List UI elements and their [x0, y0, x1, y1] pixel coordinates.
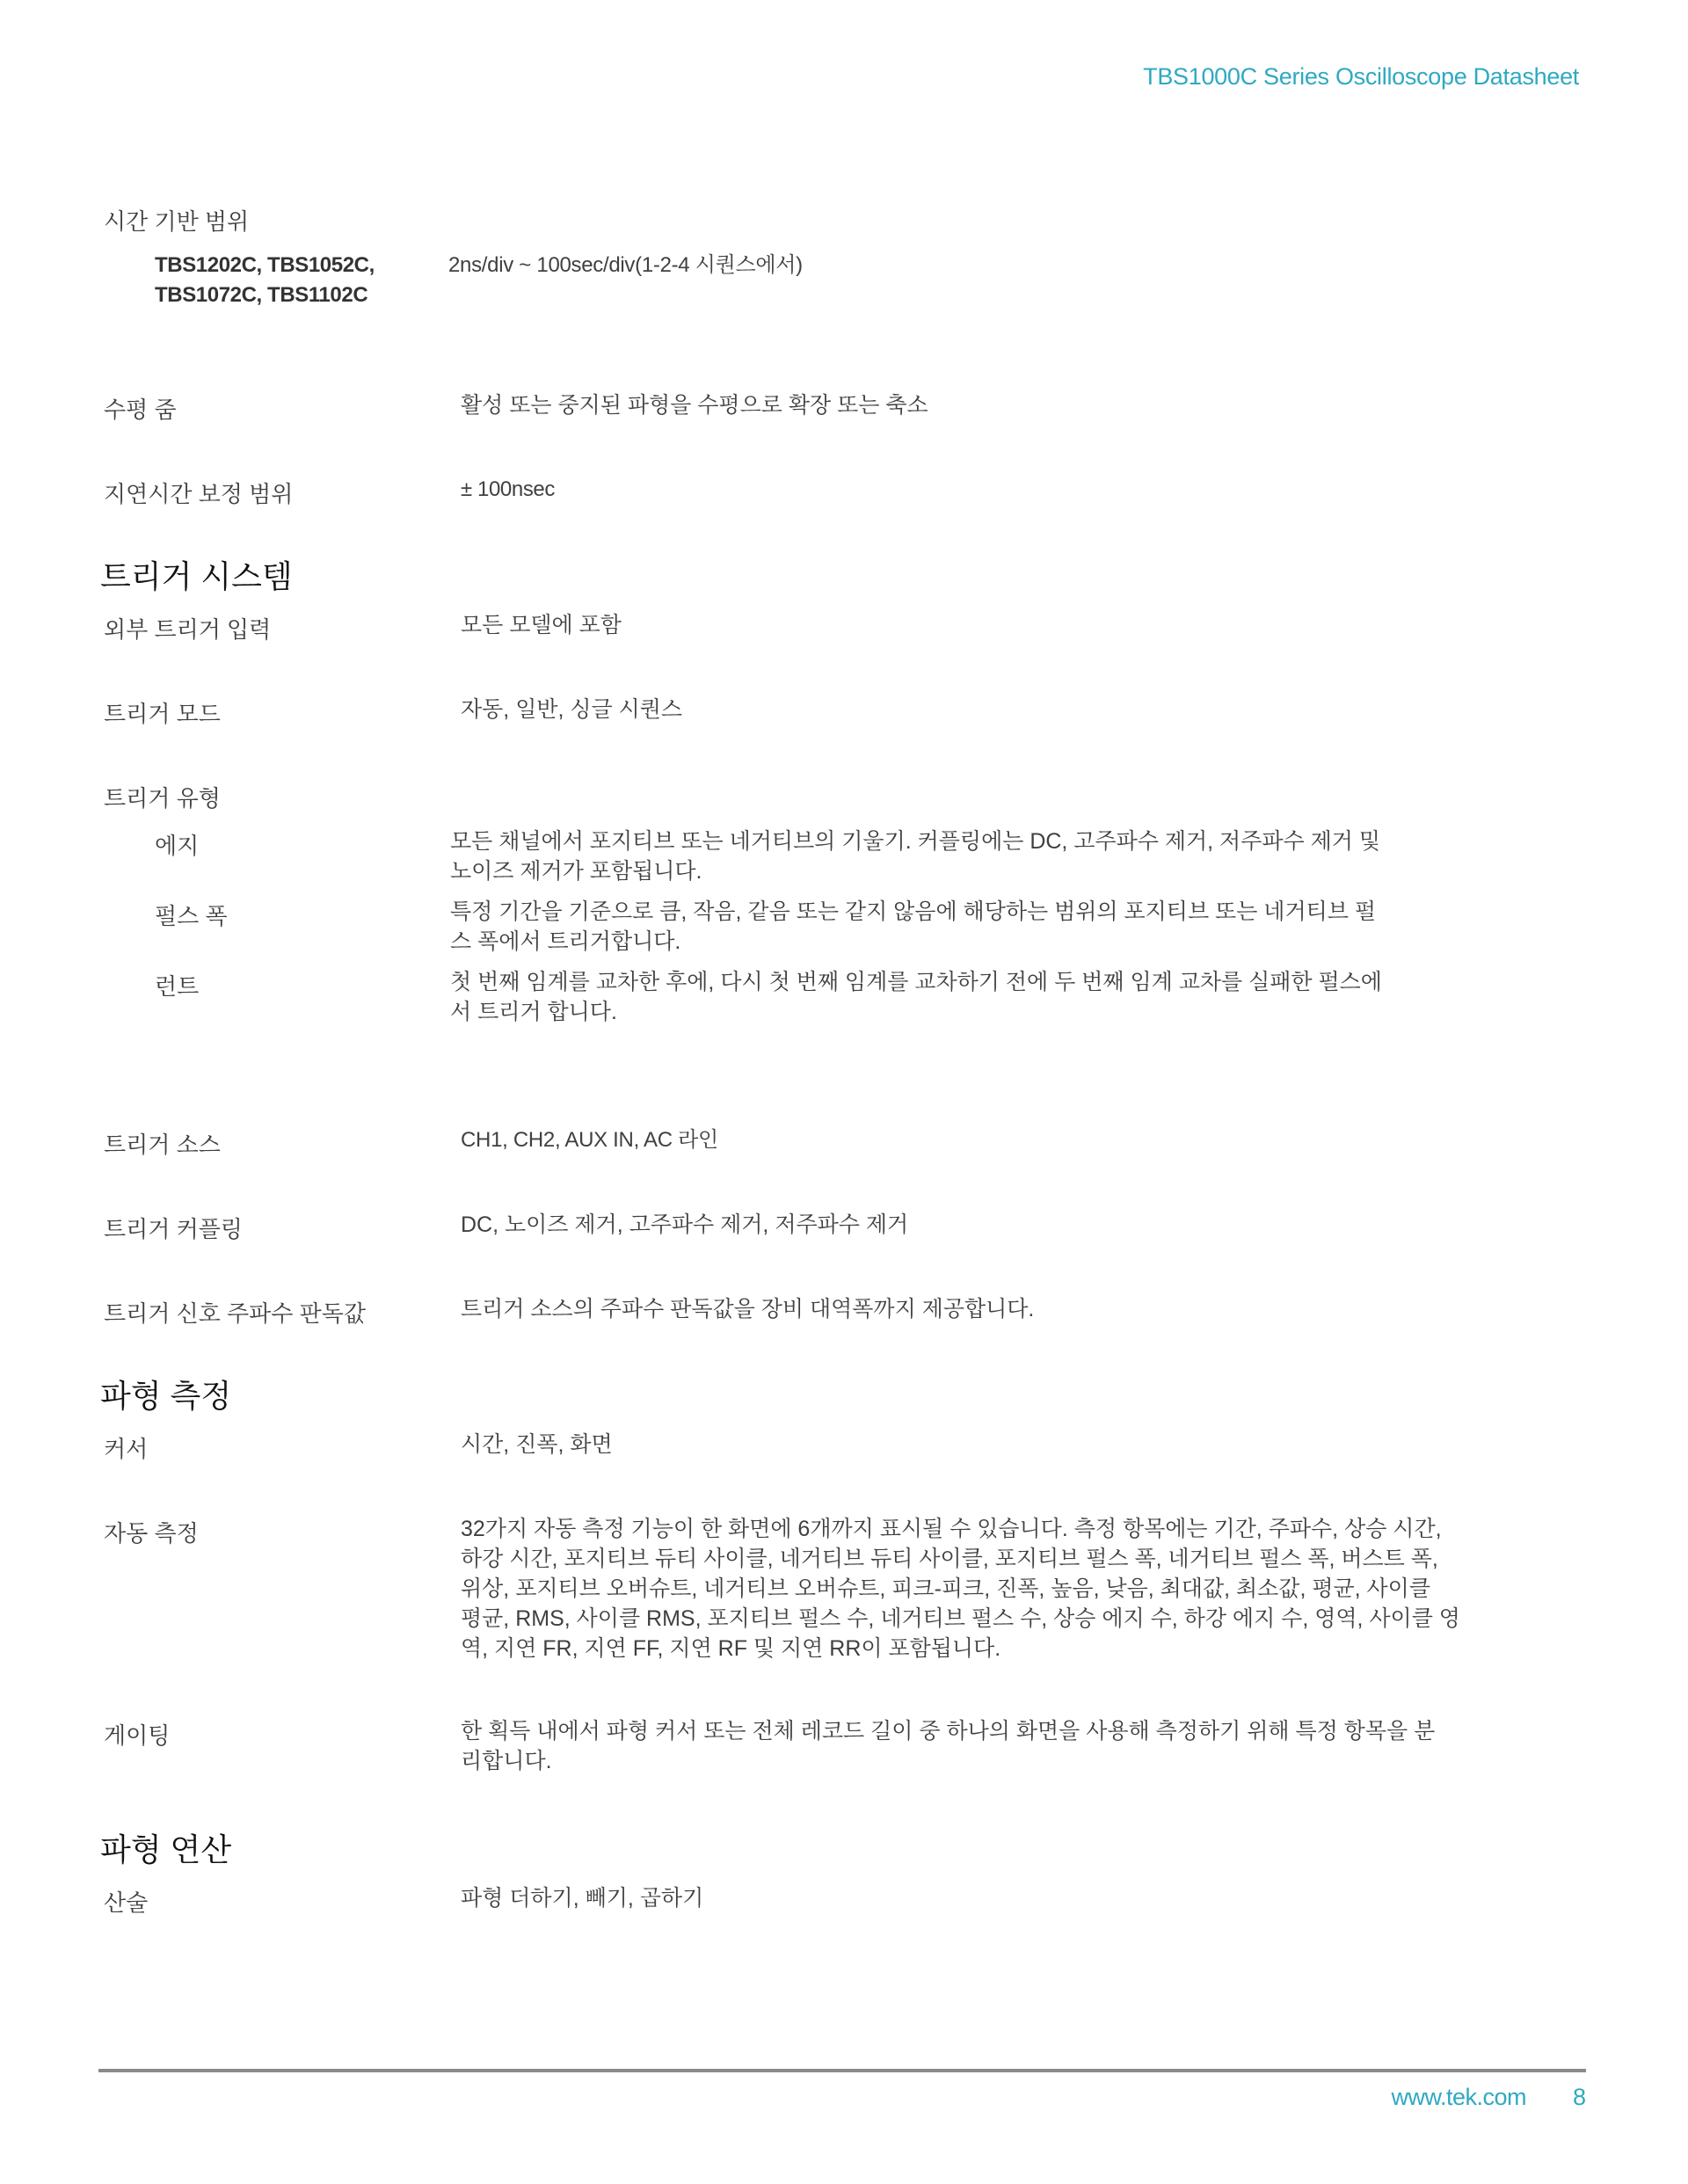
arithmetic-label: 산술 — [104, 1885, 148, 1918]
timebase-label: 시간 기반 범위 — [104, 204, 249, 237]
auto-line5: 역, 지연 FR, 지연 FF, 지연 RF 및 지연 RR이 포함됩니다. — [461, 1634, 1460, 1663]
timebase-models-line1: TBS1202C, TBS1052C, — [155, 251, 375, 280]
auto-line3: 위상, 포지티브 오버슈트, 네거티브 오버슈트, 피크-피크, 진폭, 높음,… — [461, 1574, 1460, 1604]
document-title: TBS1000C Series Oscilloscope Datasheet — [1143, 63, 1579, 91]
trigger-source-label: 트리거 소스 — [104, 1127, 221, 1160]
gating-label: 게이팅 — [104, 1718, 170, 1751]
auto-line2: 하강 시간, 포지티브 듀티 사이클, 네거티브 듀티 사이클, 포지티브 펄스… — [461, 1544, 1460, 1574]
auto-measurements-label: 자동 측정 — [104, 1516, 199, 1548]
timebase-models-line2: TBS1072C, TBS1102C — [155, 280, 375, 310]
runt-line2: 서 트리거 합니다. — [450, 997, 1382, 1027]
section-heading-waveform-math: 파형 연산 — [100, 1825, 231, 1870]
cursors-label: 커서 — [104, 1431, 148, 1464]
gating-value: 한 획득 내에서 파형 커서 또는 전체 레코드 길이 중 하나의 화면을 사용… — [461, 1716, 1435, 1776]
timebase-value: 2ns/div ~ 100sec/div(1-2-4 시퀀스에서) — [448, 251, 803, 280]
page-number: 8 — [1573, 2084, 1586, 2111]
external-trigger-value: 모든 모델에 포함 — [461, 610, 622, 640]
trigger-types-label: 트리거 유형 — [104, 781, 221, 813]
trigger-mode-label: 트리거 모드 — [104, 696, 221, 729]
auto-measurements-value: 32가지 자동 측정 기능이 한 화면에 6개까지 표시될 수 있습니다. 측정… — [461, 1514, 1460, 1663]
timebase-models: TBS1202C, TBS1052C, TBS1072C, TBS1102C — [155, 251, 375, 310]
section-heading-trigger-system: 트리거 시스템 — [100, 552, 293, 597]
horizontal-zoom-value: 활성 또는 중지된 파형을 수평으로 확장 또는 축소 — [461, 390, 928, 420]
trigger-mode-value: 자동, 일반, 싱글 시퀀스 — [461, 695, 682, 724]
footer-url-link[interactable]: www.tek.com — [1391, 2084, 1526, 2111]
section-heading-waveform-measurements: 파형 측정 — [100, 1372, 231, 1416]
edge-line1: 모든 채널에서 포지티브 또는 네거티브의 기울기. 커플링에는 DC, 고주파… — [450, 826, 1380, 856]
trigger-type-edge-value: 모든 채널에서 포지티브 또는 네거티브의 기울기. 커플링에는 DC, 고주파… — [450, 826, 1380, 886]
pulse-width-line2: 스 폭에서 트리거합니다. — [450, 927, 1376, 957]
trigger-type-runt-label: 런트 — [155, 969, 199, 1001]
external-trigger-label: 외부 트리거 입력 — [104, 612, 271, 644]
trigger-type-pulse-width-value: 특정 기간을 기준으로 큼, 작음, 같음 또는 같지 않음에 해당하는 범위의… — [450, 897, 1376, 957]
cursors-value: 시간, 진폭, 화면 — [461, 1430, 613, 1460]
trigger-coupling-label: 트리거 커플링 — [104, 1212, 243, 1244]
deskew-label: 지연시간 보정 범위 — [104, 477, 293, 509]
gating-line1: 한 획득 내에서 파형 커서 또는 전체 레코드 길이 중 하나의 화면을 사용… — [461, 1716, 1435, 1746]
gating-line2: 리합니다. — [461, 1746, 1435, 1776]
trigger-type-pulse-width-label: 펄스 폭 — [155, 899, 228, 931]
trigger-coupling-value: DC, 노이즈 제거, 고주파수 제거, 저주파수 제거 — [461, 1210, 908, 1240]
trigger-type-edge-label: 에지 — [155, 828, 199, 861]
trigger-type-runt-value: 첫 번째 임계를 교차한 후에, 다시 첫 번째 임계를 교차하기 전에 두 번… — [450, 967, 1382, 1027]
auto-line1: 32가지 자동 측정 기능이 한 화면에 6개까지 표시될 수 있습니다. 측정… — [461, 1514, 1460, 1544]
edge-line2: 노이즈 제거가 포함됩니다. — [450, 856, 1380, 886]
deskew-value: ± 100nsec — [461, 475, 555, 505]
arithmetic-value: 파형 더하기, 빼기, 곱하기 — [461, 1883, 703, 1913]
pulse-width-line1: 특정 기간을 기준으로 큼, 작음, 같음 또는 같지 않음에 해당하는 범위의… — [450, 897, 1376, 927]
footer-divider — [98, 2069, 1586, 2072]
trigger-frequency-readout-value: 트리거 소스의 주파수 판독값을 장비 대역폭까지 제공합니다. — [461, 1294, 1034, 1324]
trigger-source-value: CH1, CH2, AUX IN, AC 라인 — [461, 1125, 718, 1155]
runt-line1: 첫 번째 임계를 교차한 후에, 다시 첫 번째 임계를 교차하기 전에 두 번… — [450, 967, 1382, 997]
auto-line4: 평균, RMS, 사이클 RMS, 포지티브 펄스 수, 네거티브 펄스 수, … — [461, 1604, 1460, 1634]
trigger-frequency-readout-label: 트리거 신호 주파수 판독값 — [104, 1296, 366, 1329]
horizontal-zoom-label: 수평 줌 — [104, 392, 177, 425]
